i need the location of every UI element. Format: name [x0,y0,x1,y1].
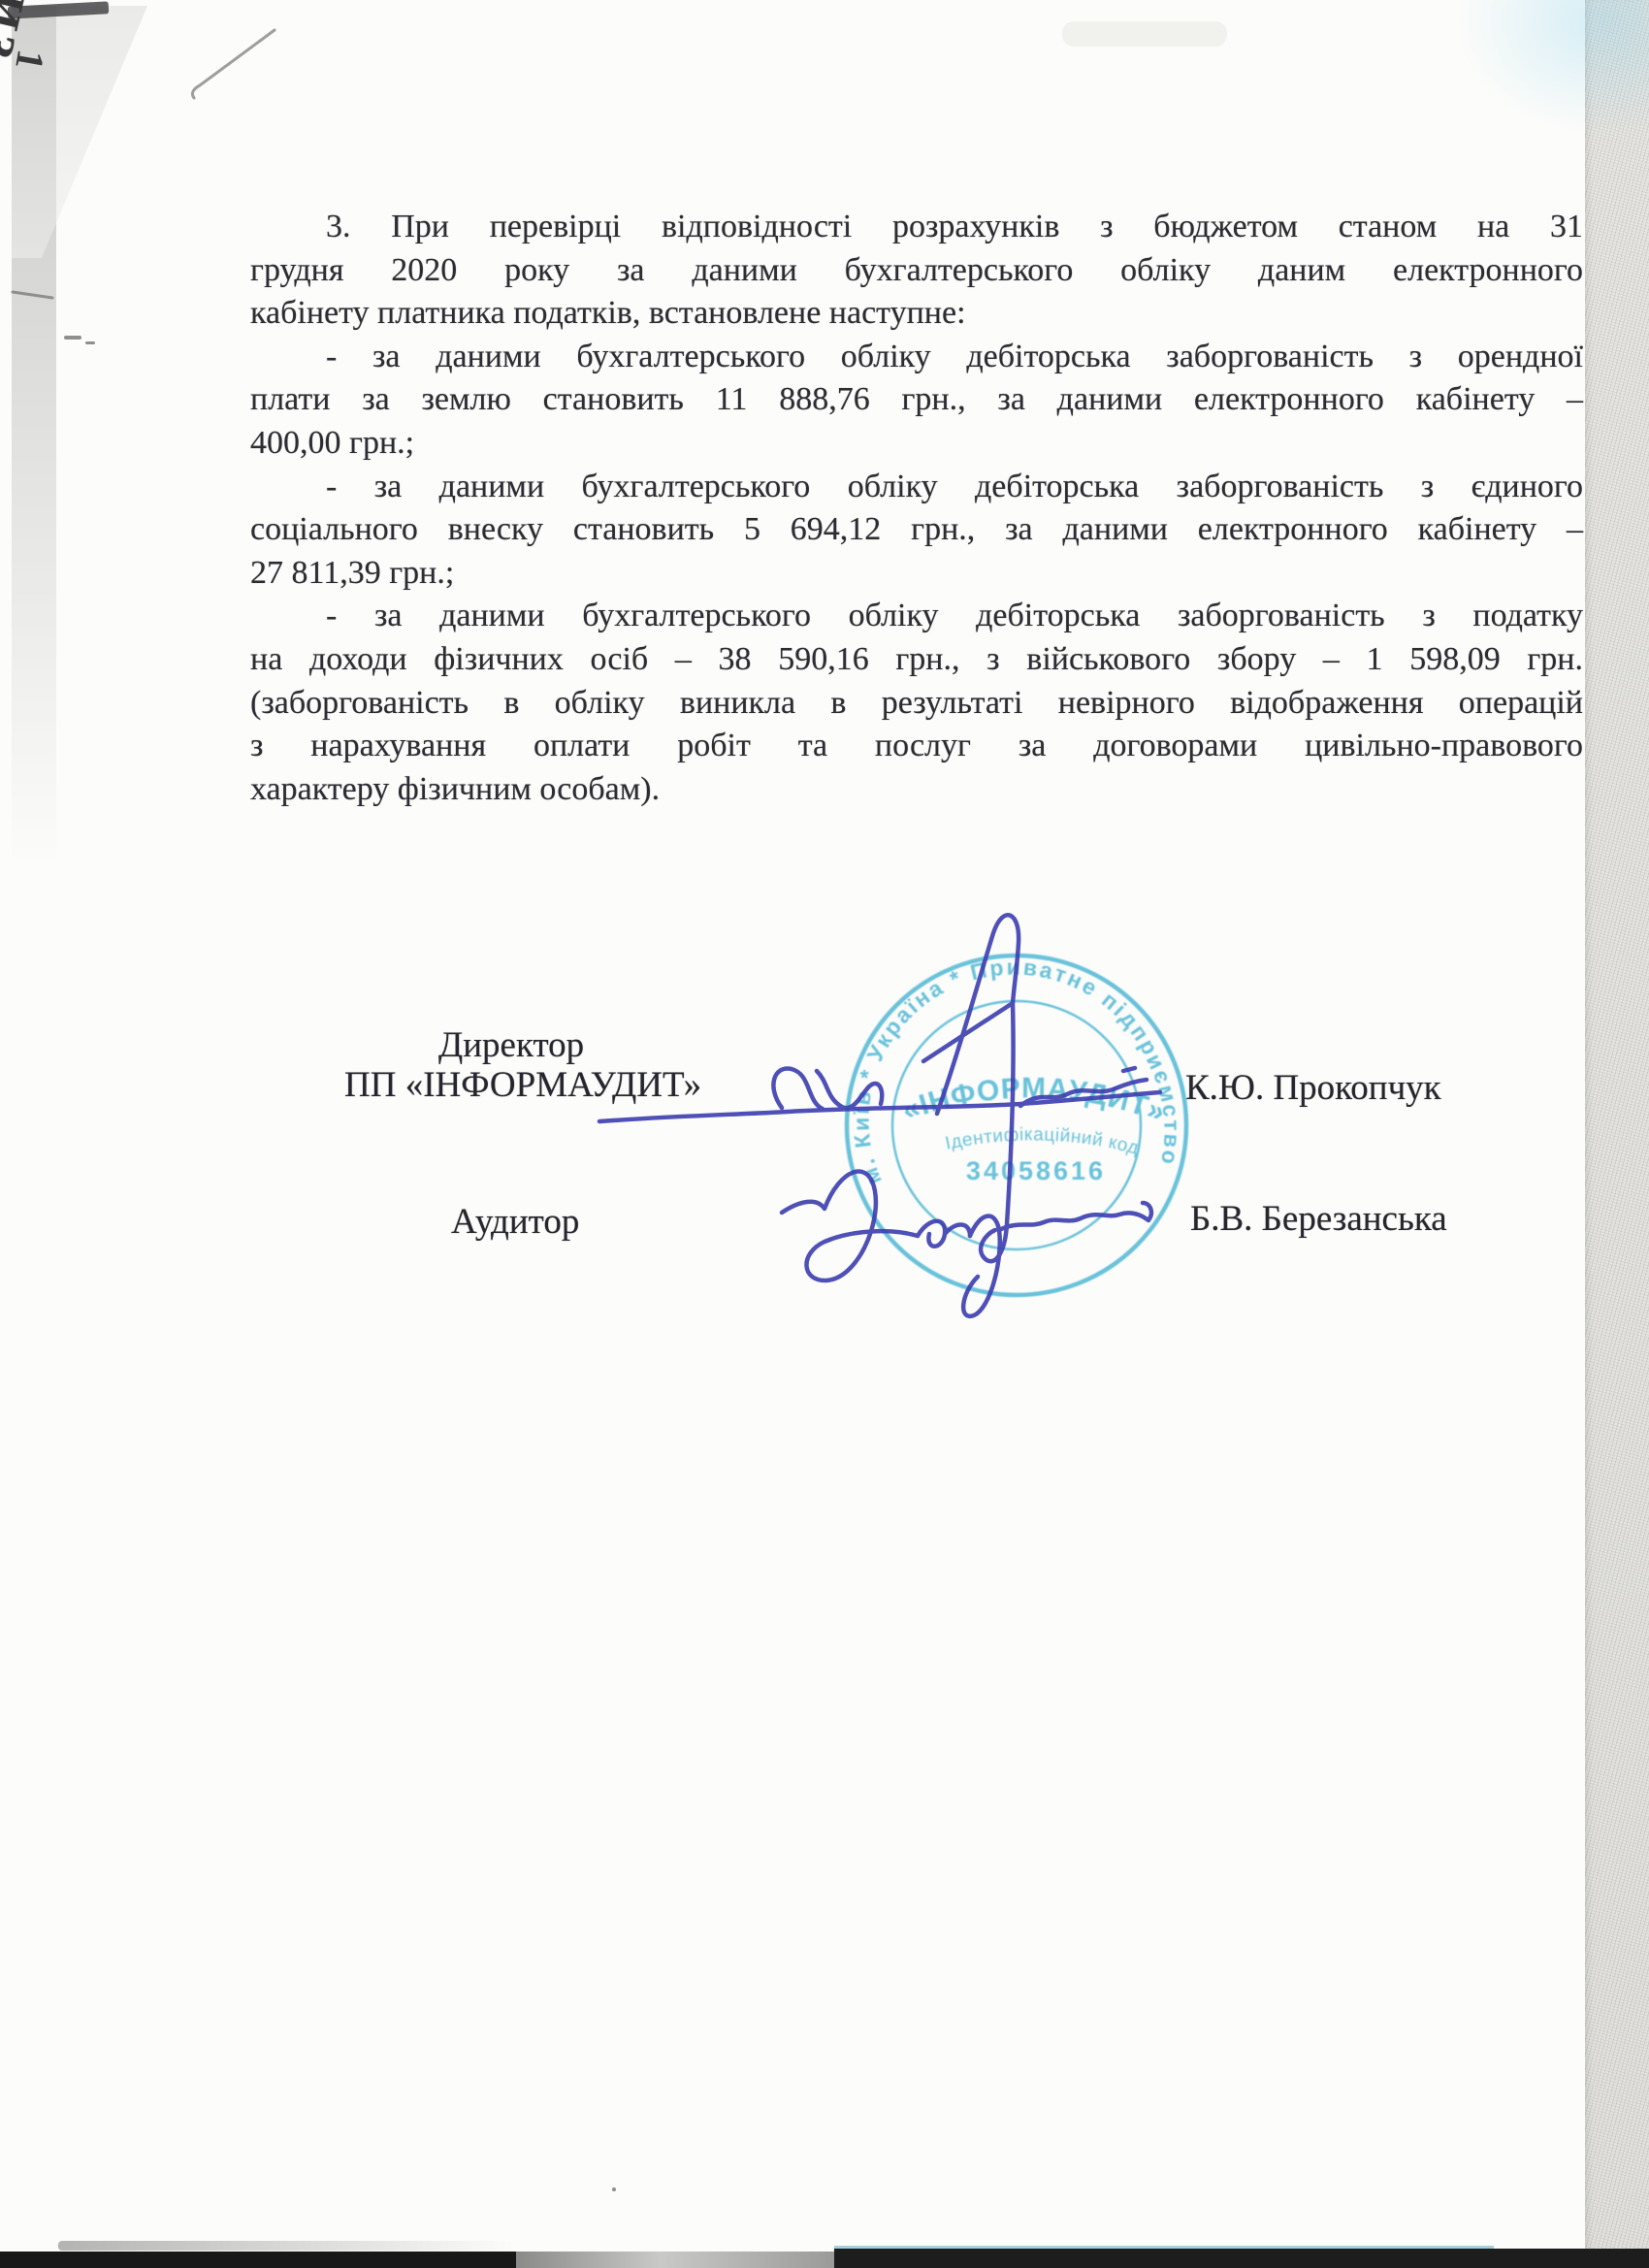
stamp-id-code: 34058616 [966,1156,1106,1185]
scan-shadow-left-wedge [12,6,147,258]
scan-texture-right-edge [1585,0,1649,2252]
body-line: 27 811,39 грн.; [250,552,1583,596]
signatures-ink [599,915,1160,1316]
scan-speck [612,2187,616,2191]
scan-tint-top-right [1455,0,1649,136]
scan-black-band-bottom-left [0,2252,516,2268]
body-paragraphs: 3. При перевірці відповідності розрахунк… [250,206,1583,811]
scan-streak-bottom-left [58,2241,514,2251]
stamp-ring-text: м. Київ * Україна * Приватне підприємств… [848,955,1184,1189]
body-line: плати за землю становить 11 888,76 грн.,… [250,378,1583,422]
stamp-id-label: Ідентифікаційний код [944,1124,1142,1158]
body-line: - за даними бухгалтерського обліку дебіт… [250,595,1583,638]
director-name: К.Ю. Прокопчук [1185,1067,1441,1109]
body-line: характеру фізичним особам). [250,768,1583,812]
diagonal-scratch [192,30,275,98]
auditor-title: Аудитор [451,1201,579,1243]
scan-teal-line-bottom [834,2246,1494,2249]
body-line: 400,00 грн.; [250,422,1583,466]
body-line: (заборгованість в обліку виникла в резул… [250,682,1583,726]
stamp-inner-circle [892,1001,1141,1249]
body-line: грудня 2020 року за даними бухгалтерсько… [250,249,1583,293]
body-line: з нарахування оплати робіт та послуг за … [250,725,1583,768]
company-stamp: м. Київ * Україна * Приватне підприємств… [847,955,1186,1295]
director-title: Директор [438,1024,584,1066]
auditor-name: Б.В. Березанська [1190,1198,1447,1240]
stamp-company-name: «ІНФОРМАУДИТ» [898,1072,1170,1128]
scan-speck [85,341,95,344]
auditor-signature [782,1172,1151,1316]
body-line: - за даними бухгалтерського обліку дебіт… [250,336,1583,379]
scan-smudge-top [1062,21,1227,47]
scan-black-band-bottom-right [834,2249,1649,2268]
body-line: на доходи фізичних осіб – 38 590,16 грн.… [250,638,1583,682]
body-line: - за даними бухгалтерського обліку дебіт… [250,466,1583,509]
body-line: 3. При перевірці відповідності розрахунк… [250,206,1583,249]
scanned-document-page: ИЗ 1 3. При перевірці відповідності розр… [0,0,1649,2268]
body-line: соціального внеску становить 5 694,12 гр… [250,508,1583,552]
director-organization: ПП «ІНФОРМАУДИТ» [344,1064,701,1106]
scan-gray-band-bottom-mid [516,2252,836,2268]
body-line: кабінету платника податків, встановлене … [250,292,1583,336]
scan-speck [64,336,81,340]
stamp-outer-circle [847,956,1186,1295]
